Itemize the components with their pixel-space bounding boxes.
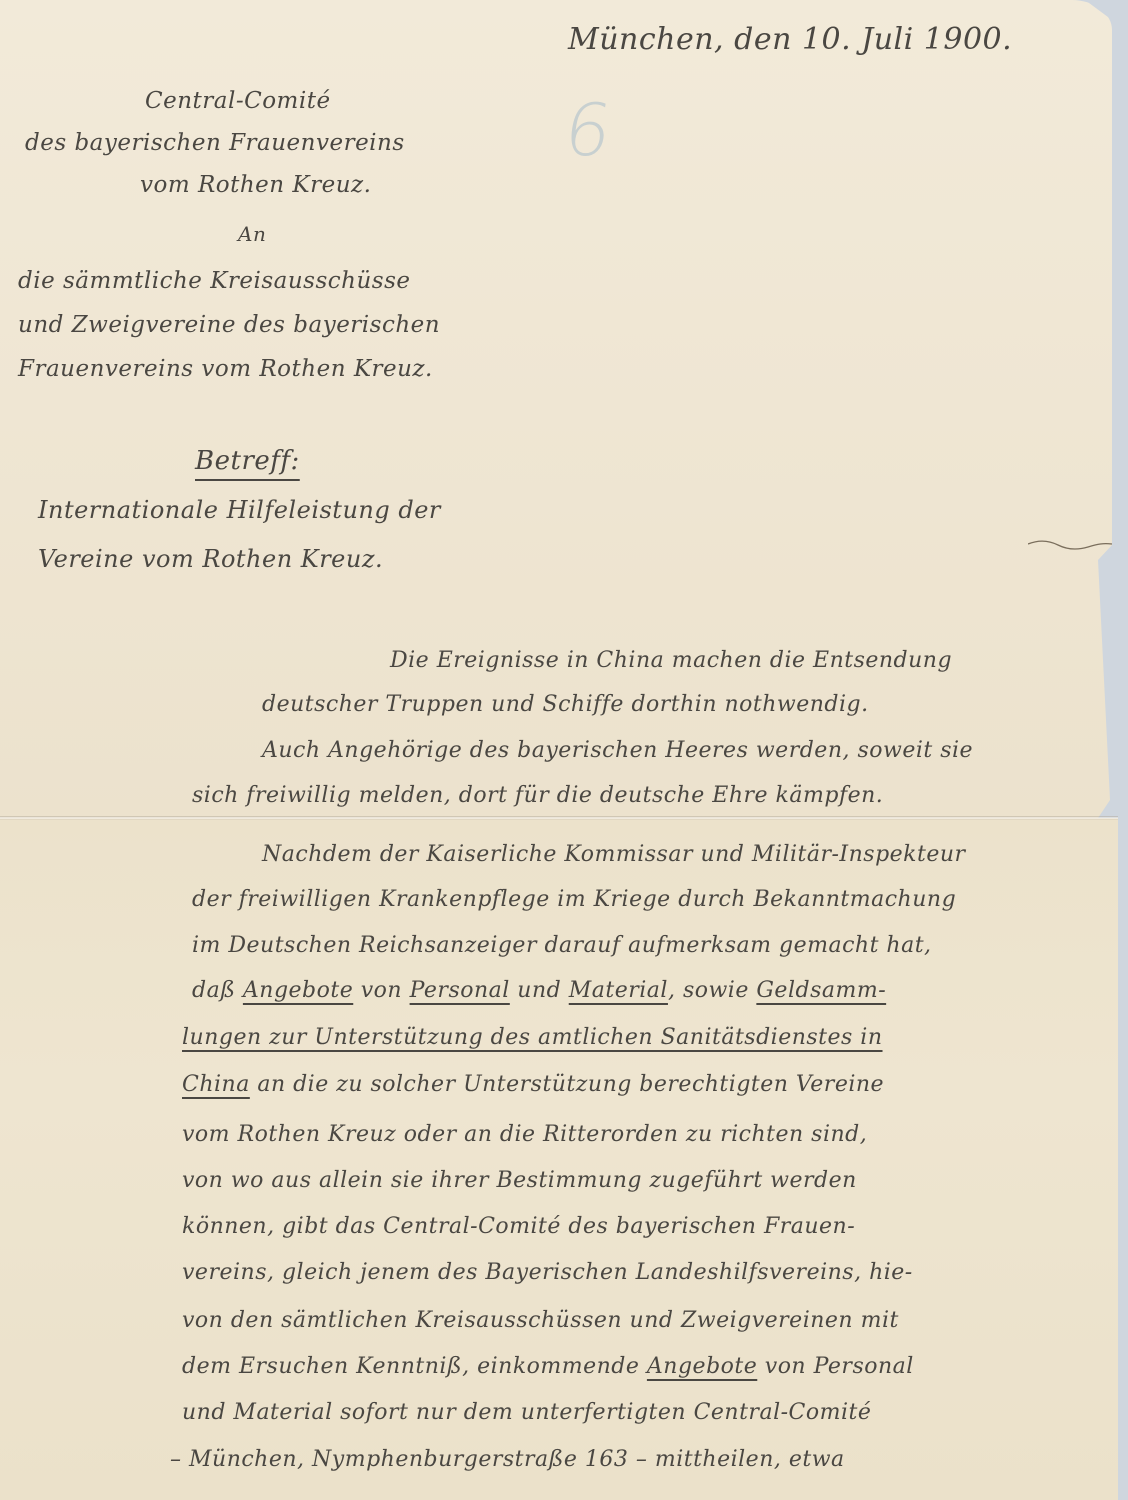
body-line: sich freiwillig melden, dort für die deu…: [192, 783, 883, 808]
subject-label: Betreff:: [195, 446, 300, 476]
text-segment: China: [596, 648, 664, 673]
text-segment: dem Ersuchen Kenntniß, einkommende: [182, 1354, 647, 1379]
paper-tear: [1028, 538, 1112, 552]
body-line: lungen zur Unterstützung des amtlichen S…: [182, 1025, 883, 1050]
text-segment: von wo aus allein sie ihrer Bestimmung z…: [182, 1168, 857, 1193]
text-segment: von Personal: [757, 1354, 914, 1379]
sender-line-2: des bayerischen Frauenvereins: [25, 130, 405, 156]
text-segment: können, gibt das Central-Comité des baye…: [182, 1214, 855, 1239]
text-segment: , sowie: [668, 978, 756, 1003]
text-segment: von: [353, 978, 409, 1003]
body-line: im Deutschen Reichsanzeiger darauf aufme…: [192, 933, 932, 958]
text-segment: und Material sofort nur dem unterfertigt…: [182, 1400, 871, 1425]
body-line: von wo aus allein sie ihrer Bestimmung z…: [182, 1168, 857, 1193]
text-segment: daß: [192, 978, 243, 1003]
text-segment: vereins, gleich jenem des Bayerischen La…: [182, 1260, 913, 1285]
subject-line-1: Internationale Hilfeleistung der: [38, 496, 441, 524]
text-segment: von den sämtlichen Kreisausschüssen und …: [182, 1308, 899, 1333]
underlined-phrase: Angebote: [647, 1354, 757, 1379]
body-line: der freiwilligen Krankenpflege im Kriege…: [192, 887, 956, 912]
addressee-line-2: und Zweigvereine des bayerischen: [18, 312, 440, 338]
text-segment: Nachdem der Kaiserliche Kommissar und Mi…: [262, 842, 966, 867]
underlined-phrase: Angebote: [243, 978, 353, 1003]
sender-line-1: Central-Comité: [145, 88, 331, 114]
text-segment: deutscher Truppen und Schiffe dorthin no…: [262, 692, 869, 717]
fold-crease: [0, 816, 1118, 820]
underlined-phrase: Personal: [410, 978, 510, 1003]
body-line: deutscher Truppen und Schiffe dorthin no…: [262, 692, 869, 717]
body-line: vom Rothen Kreuz oder an die Ritterorden…: [182, 1122, 867, 1147]
text-segment: – München, Nymphenburgerstraße 163 – mit…: [170, 1447, 845, 1472]
text-segment: Auch Angehörige des bayerischen Heeres w…: [262, 738, 973, 763]
underlined-phrase: Geldsamm-: [756, 978, 886, 1003]
text-segment: und: [510, 978, 569, 1003]
body-line: Auch Angehörige des bayerischen Heeres w…: [262, 738, 973, 763]
place-date: München, den 10. Juli 1900.: [568, 22, 1012, 57]
body-line: – München, Nymphenburgerstraße 163 – mit…: [170, 1447, 845, 1472]
body-line: können, gibt das Central-Comité des baye…: [182, 1214, 855, 1239]
text-segment: sich freiwillig melden, dort für die deu…: [192, 783, 883, 808]
underlined-phrase: China: [182, 1072, 250, 1097]
body-line: von den sämtlichen Kreisausschüssen und …: [182, 1308, 899, 1333]
underlined-phrase: lungen zur Unterstützung des amtlichen S…: [182, 1025, 883, 1050]
text-segment: der freiwilligen Krankenpflege im Kriege…: [192, 887, 956, 912]
body-line: und Material sofort nur dem unterfertigt…: [182, 1400, 871, 1425]
text-segment: an die zu solcher Unterstützung berechti…: [250, 1072, 884, 1097]
subject-line-2: Vereine vom Rothen Kreuz.: [38, 545, 383, 573]
addressee-line-1: die sämmtliche Kreisausschüsse: [18, 268, 411, 294]
body-line: Nachdem der Kaiserliche Kommissar und Mi…: [262, 842, 966, 867]
text-segment: Die Ereignisse in: [390, 648, 596, 673]
text-segment: im Deutschen Reichsanzeiger darauf aufme…: [192, 933, 932, 958]
body-line: vereins, gleich jenem des Bayerischen La…: [182, 1260, 913, 1285]
body-line: dem Ersuchen Kenntniß, einkommende Angeb…: [182, 1354, 914, 1379]
addressee-line-3: Frauenvereins vom Rothen Kreuz.: [18, 356, 433, 382]
body-line: daß Angebote von Personal und Material, …: [192, 978, 886, 1003]
sender-line-3: vom Rothen Kreuz.: [140, 172, 371, 198]
text-segment: machen die Entsendung: [664, 648, 952, 673]
underlined-phrase: Material: [569, 978, 668, 1003]
paper-lower-half: [0, 818, 1118, 1500]
text-segment: vom Rothen Kreuz oder an die Ritterorden…: [182, 1122, 867, 1147]
body-line: Die Ereignisse in China machen die Entse…: [390, 648, 952, 673]
addressee-prefix: An: [238, 222, 266, 246]
body-line: China an die zu solcher Unterstützung be…: [182, 1072, 884, 1097]
